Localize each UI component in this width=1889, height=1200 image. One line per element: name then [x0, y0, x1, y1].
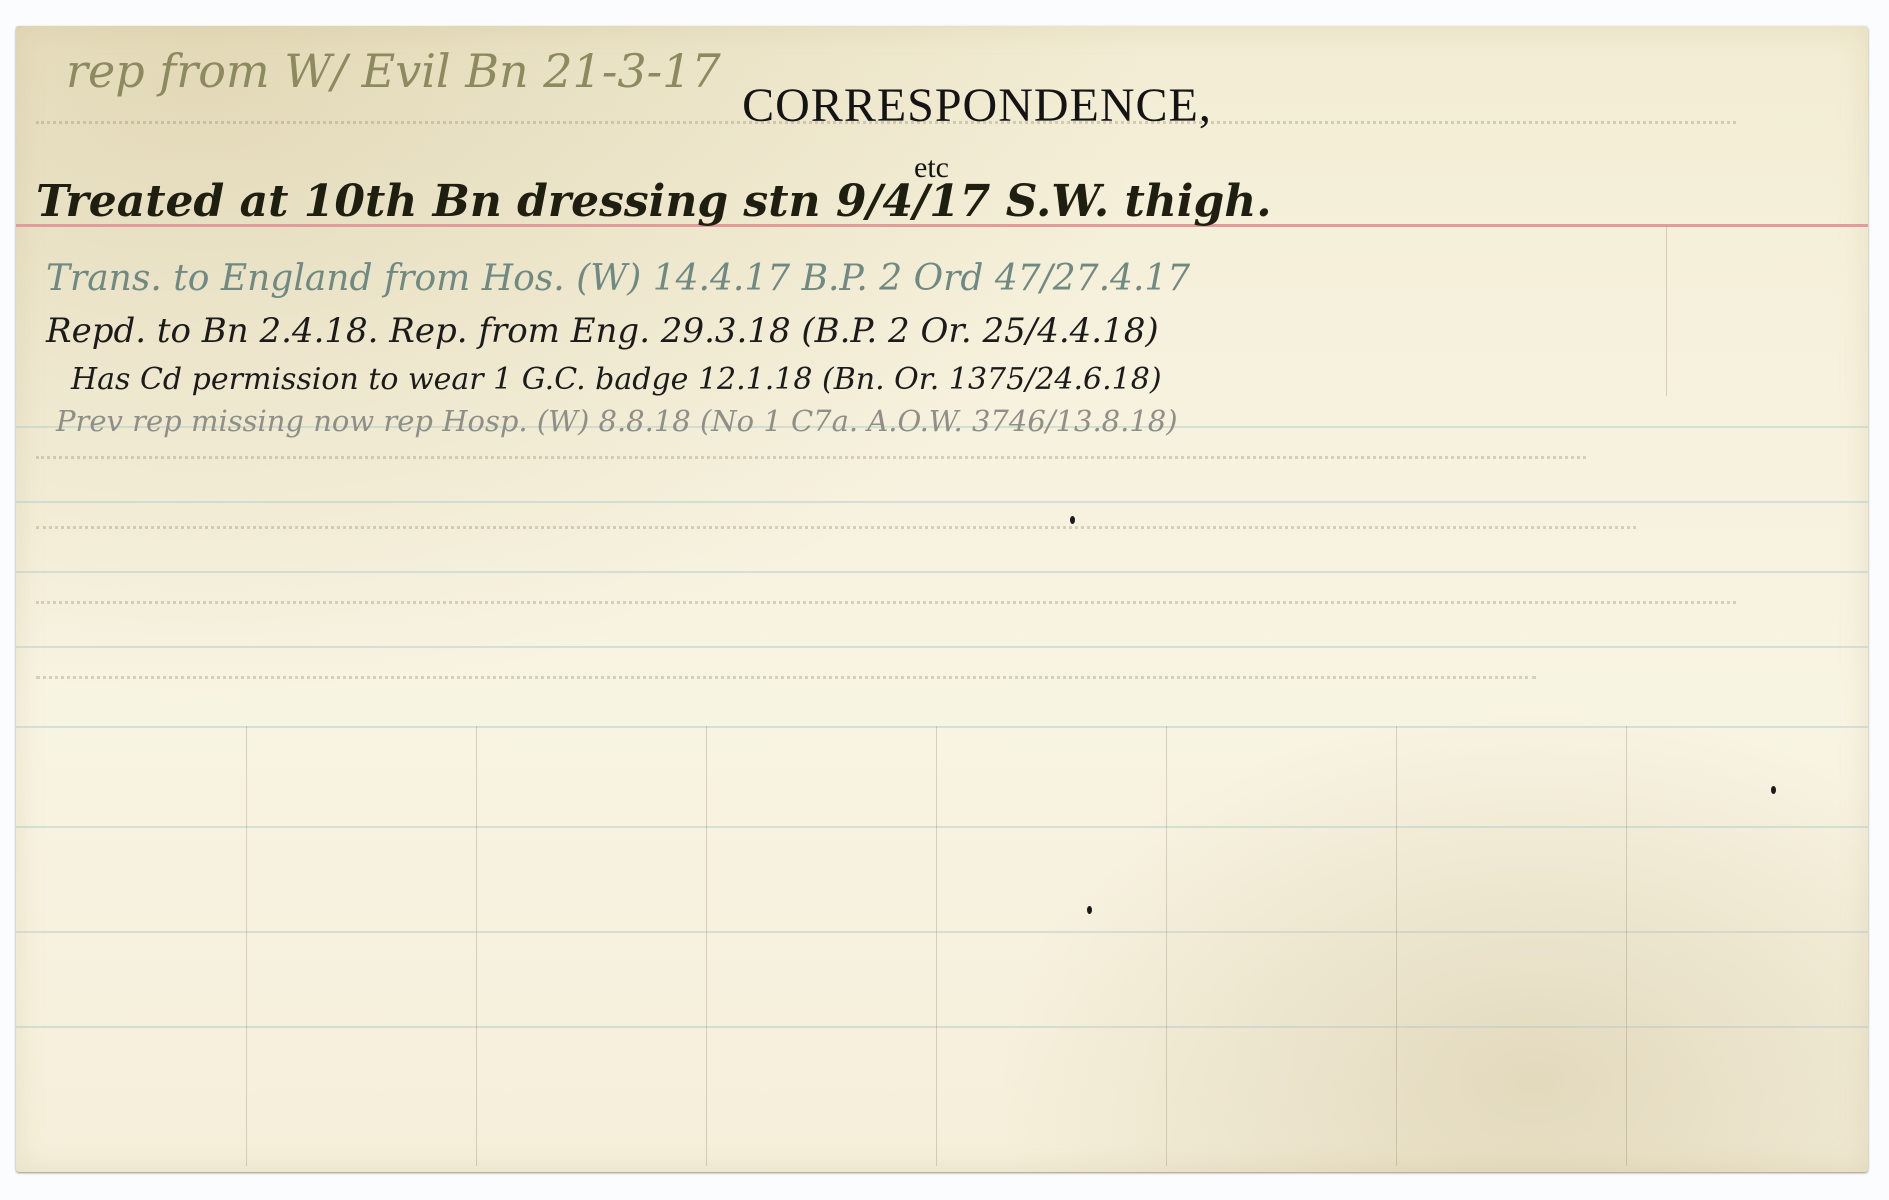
- grid-column-line: [706, 726, 707, 1166]
- ruled-line: [16, 571, 1868, 573]
- grid-column-line: [1666, 226, 1667, 396]
- handwritten-entry: rep from W/ Evil Bn 21-3-17: [66, 44, 721, 98]
- ruled-line: [16, 726, 1868, 728]
- ruled-line: [16, 501, 1868, 503]
- ink-speck: [1771, 786, 1776, 794]
- handwritten-entry: Prev rep missing now rep Hosp. (W) 8.8.1…: [56, 404, 1178, 438]
- handwritten-entry: Has Cd permission to wear 1 G.C. badge 1…: [71, 362, 1162, 397]
- grid-column-line: [246, 726, 247, 1166]
- grid-column-line: [476, 726, 477, 1166]
- ruled-line: [16, 931, 1868, 933]
- grid-column-line: [936, 726, 937, 1166]
- ink-speck: [1070, 516, 1075, 524]
- dotted-line: [36, 601, 1736, 604]
- ruled-line: [16, 826, 1868, 828]
- ruled-line: [16, 646, 1868, 648]
- dotted-line: [36, 676, 1536, 679]
- dotted-line: [36, 456, 1586, 459]
- handwritten-entry: Trans. to England from Hos. (W) 14.4.17 …: [46, 258, 1190, 299]
- grid-column-line: [1166, 726, 1167, 1166]
- record-card: CORRESPONDENCE, etc rep from W/ Evil Bn …: [16, 26, 1868, 1172]
- ink-speck: [1087, 906, 1092, 914]
- handwritten-entry: Repd. to Bn 2.4.18. Rep. from Eng. 29.3.…: [46, 311, 1159, 351]
- grid-column-line: [1626, 726, 1627, 1166]
- ruled-line: [16, 1026, 1868, 1028]
- grid-column-line: [1396, 726, 1397, 1166]
- dotted-line: [36, 526, 1636, 529]
- handwritten-entry: Treated at 10th Bn dressing stn 9/4/17 S…: [36, 176, 1272, 227]
